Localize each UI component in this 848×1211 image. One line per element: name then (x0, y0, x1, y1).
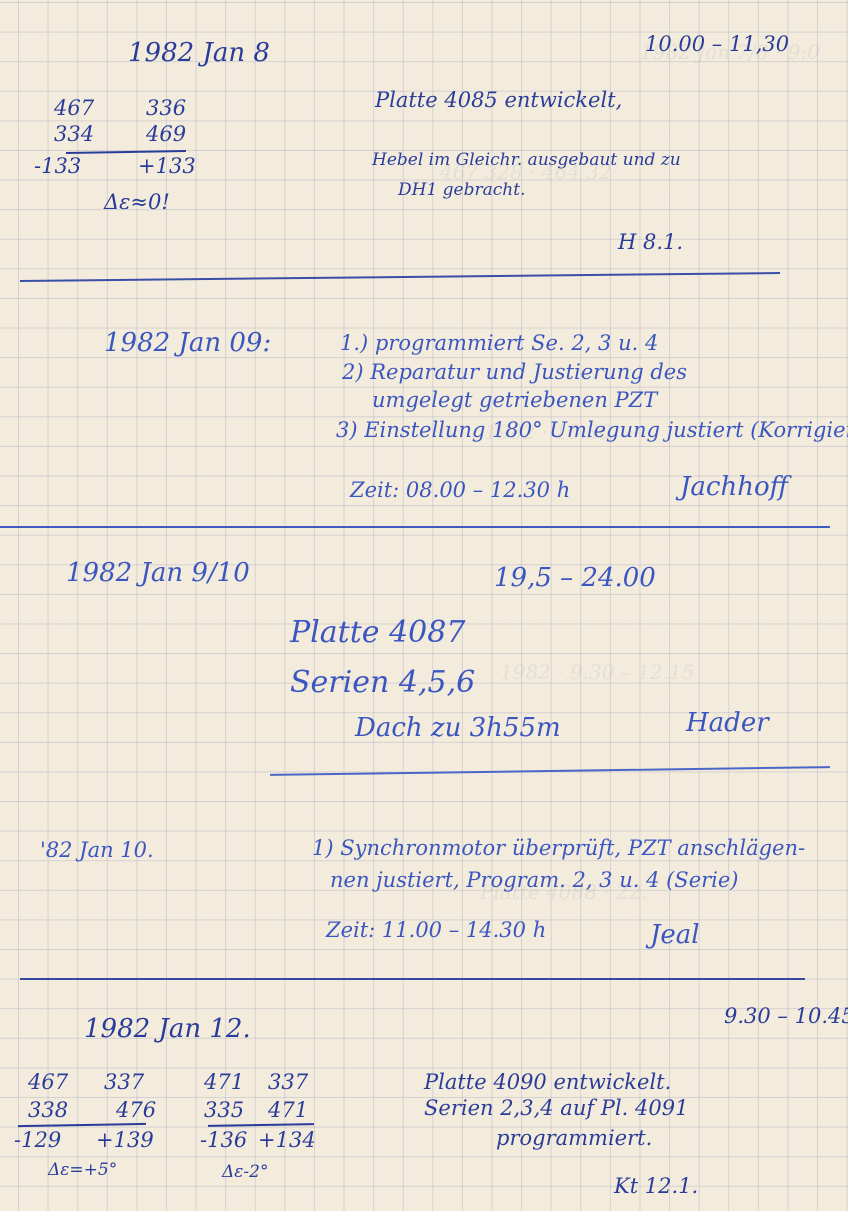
entry-signature: H 8.1. (618, 232, 683, 253)
entry-signature: Jachhoff (680, 474, 788, 500)
calc-value: 471 (204, 1072, 244, 1093)
calc-value: 337 (104, 1072, 144, 1093)
calc-delta: Δε=+5° (48, 1162, 117, 1179)
calc-value: 476 (116, 1100, 156, 1121)
calc-value: 336 (146, 98, 186, 119)
sum-line (208, 1123, 314, 1126)
sum-line (18, 1123, 146, 1127)
entry-date: '82 Jan 10. (40, 840, 154, 861)
sum-line (66, 150, 186, 154)
entry-date: 1982 Jan 09: (104, 330, 271, 356)
calc-value: 338 (28, 1100, 68, 1121)
entry-divider (20, 272, 780, 281)
entry-line: programmiert. (496, 1128, 652, 1149)
entry-line: Platte 4085 entwickelt, (375, 90, 622, 111)
entry-line: 1.) programmiert Se. 2, 3 u. 4 (340, 333, 658, 354)
entry-line: Serien 2,3,4 auf Pl. 4091 (424, 1098, 688, 1119)
calc-value: 335 (204, 1100, 244, 1121)
entry-line: Platte 4090 entwickelt. (424, 1072, 671, 1093)
entry-line: Dach zu 3h55m (355, 715, 561, 741)
entry-signature: Jeal (650, 922, 700, 948)
entry-divider (0, 526, 830, 528)
entry-time: 19,5 – 24.00 (494, 565, 656, 591)
calc-value: 469 (146, 124, 186, 145)
entry-line: Platte 4087 (290, 618, 465, 648)
calc-value: 334 (54, 124, 94, 145)
entry-time: 10.00 – 11,30 (645, 34, 789, 55)
entry-time: 9.30 – 10.45 (724, 1006, 848, 1027)
calc-value: 467 (54, 98, 94, 119)
calc-result: -133 (34, 156, 81, 177)
entry-signature: Hader (686, 710, 769, 736)
calc-result: -129 (14, 1130, 61, 1151)
entry-line: nen justiert, Program. 2, 3 u. 4 (Serie) (330, 870, 739, 891)
calc-result: +139 (96, 1130, 154, 1151)
calc-value: 471 (268, 1100, 308, 1121)
calc-delta: Δε-2° (222, 1164, 268, 1181)
entry-line: Serien 4,5,6 (290, 668, 475, 698)
entry-line: 2) Reparatur und Justierung des (342, 362, 687, 383)
calc-result: -136 (200, 1130, 247, 1151)
calc-result: +133 (138, 156, 196, 177)
entry-line: DH1 gebracht. (398, 182, 525, 199)
calc-result: +134 (258, 1130, 316, 1151)
entry-time: Zeit: 11.00 – 14.30 h (326, 920, 546, 941)
entry-line: 1) Synchronmotor überprüft, PZT anschläg… (312, 838, 805, 859)
calc-value: 337 (268, 1072, 308, 1093)
entry-divider (20, 978, 805, 980)
entry-line: umgelegt getriebenen PZT (372, 390, 657, 411)
entry-line: Hebel im Gleichr. ausgebaut und zu (372, 152, 681, 169)
calc-delta: Δε≈0! (104, 192, 170, 213)
notebook-page: { "page": { "ink_color": "#2a3c9a", "pap… (0, 0, 848, 1211)
entry-signature: Kt 12.1. (614, 1176, 698, 1197)
entry-date: 1982 Jan 9/10 (66, 560, 250, 586)
bleed-through-text: 1982 · 9.30 – 12.15 (500, 660, 694, 684)
entry-time: Zeit: 08.00 – 12.30 h (350, 480, 570, 501)
entry-divider (270, 766, 830, 775)
calc-value: 467 (28, 1072, 68, 1093)
entry-date: 1982 Jan 8 (128, 40, 270, 66)
entry-line: 3) Einstellung 180° Umlegung justiert (K… (336, 420, 848, 441)
entry-date: 1982 Jan 12. (84, 1016, 251, 1042)
